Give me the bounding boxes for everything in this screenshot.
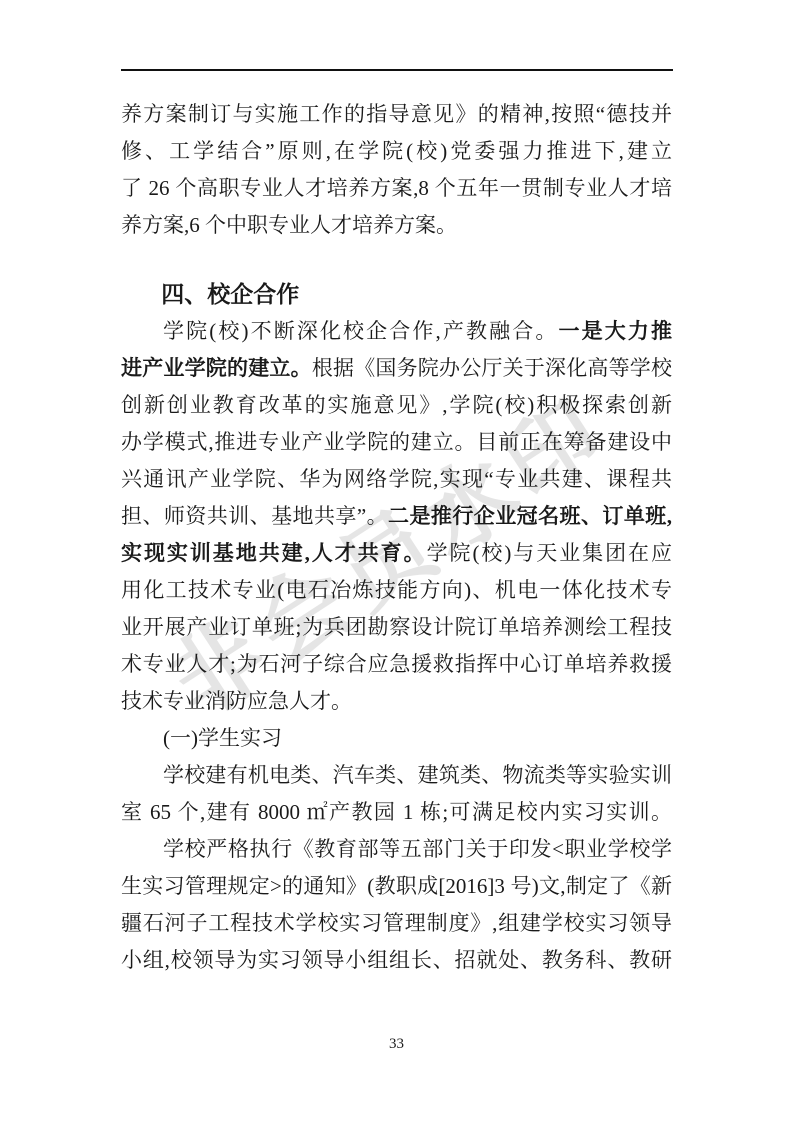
text-line: 养方案,6 个中职专业人才培养方案。 <box>121 207 672 244</box>
text-segment: 室 65 个,建有 8000 ㎡产教园 1 栋;可满足校内实习实训。 <box>121 800 672 824</box>
text-segment: 小组,校领导为实习领导小组组长、招就处、教务科、教研 <box>121 948 672 972</box>
text-line: 学校建有机电类、汽车类、建筑类、物流类等实验实训 <box>121 757 672 794</box>
text-line: 室 65 个,建有 8000 ㎡产教园 1 栋;可满足校内实习实训。 <box>121 794 672 831</box>
document-page: 非会员水印 养方案制订与实施工作的指导意见》的精神,按照“德技并修、工学结合”原… <box>0 0 793 1122</box>
bold-text-segment: 实现实训基地共建,人才共育。 <box>121 541 427 565</box>
text-segment: 创新创业教育改革的实施意见》,学院(校)积极探索创新 <box>121 393 672 417</box>
bold-text-segment: 二是推行企业冠名班、订单班, <box>388 504 672 528</box>
text-segment: 养方案制订与实施工作的指导意见》的精神,按照“德技并 <box>121 102 672 126</box>
text-line: 生实习管理规定>的通知》(教职成[2016]3 号)文,制定了《新 <box>121 868 672 905</box>
text-line: 担、师资共训、基地共享”。二是推行企业冠名班、订单班, <box>121 498 672 535</box>
text-segment: 了 26 个高职专业人才培养方案,8 个五年一贯制专业人才培 <box>121 176 672 200</box>
text-line: 养方案制订与实施工作的指导意见》的精神,按照“德技并 <box>121 96 672 133</box>
subsection-heading: (一)学生实习 <box>121 720 672 757</box>
text-segment: 疆石河子工程技术学校实习管理制度》,组建学校实习领导 <box>121 911 672 935</box>
text-segment: 业开展产业订单班;为兵团勘察设计院订单培养测绘工程技 <box>121 615 672 639</box>
text-segment: 养方案,6 个中职专业人才培养方案。 <box>121 213 457 237</box>
text-segment: 修、工学结合”原则,在学院(校)党委强力推进下,建立 <box>121 139 672 163</box>
text-line: 术专业人才;为石河子综合应急援救指挥中心订单培养救援 <box>121 646 672 683</box>
text-segment: 学院(校)不断深化校企合作,产教融合。 <box>163 319 559 343</box>
bold-text-segment: 进产业学院的建立。 <box>121 356 312 380</box>
text-segment: 担、师资共训、基地共享”。 <box>121 504 388 528</box>
text-line: 学校严格执行《教育部等五部门关于印发<职业学校学 <box>121 831 672 868</box>
text-line: 办学模式,推进专业产业学院的建立。目前正在筹备建设中 <box>121 424 672 461</box>
text-line: 小组,校领导为实习领导小组组长、招就处、教务科、教研 <box>121 942 672 979</box>
text-segment: 学校严格执行《教育部等五部门关于印发<职业学校学 <box>163 837 672 861</box>
bold-text-segment: 一是大力推 <box>559 319 672 343</box>
text-segment: 生实习管理规定>的通知》(教职成[2016]3 号)文,制定了《新 <box>121 874 672 898</box>
text-segment: 用化工技术专业(电石冶炼技能方向)、机电一体化技术专 <box>121 578 672 602</box>
text-segment: (一)学生实习 <box>163 726 282 750</box>
text-line: 进产业学院的建立。根据《国务院办公厅关于深化高等学校 <box>121 350 672 387</box>
text-segment: 根据《国务院办公厅关于深化高等学校 <box>312 356 672 380</box>
text-line: 修、工学结合”原则,在学院(校)党委强力推进下,建立 <box>121 133 672 170</box>
text-line: 学院(校)不断深化校企合作,产教融合。一是大力推 <box>121 313 672 350</box>
text-line: 了 26 个高职专业人才培养方案,8 个五年一贯制专业人才培 <box>121 170 672 207</box>
page-number: 33 <box>0 1036 793 1053</box>
text-line: 技术专业消防应急人才。 <box>121 683 672 720</box>
text-segment: 办学模式,推进专业产业学院的建立。目前正在筹备建设中 <box>121 430 672 454</box>
text-line: 创新创业教育改革的实施意见》,学院(校)积极探索创新 <box>121 387 672 424</box>
text-line: 用化工技术专业(电石冶炼技能方向)、机电一体化技术专 <box>121 572 672 609</box>
text-segment: 技术专业消防应急人才。 <box>121 689 352 713</box>
text-line: 疆石河子工程技术学校实习管理制度》,组建学校实习领导 <box>121 905 672 942</box>
text-segment: 兴通讯产业学院、华为网络学院,实现“专业共建、课程共 <box>121 467 672 491</box>
document-body: 养方案制订与实施工作的指导意见》的精神,按照“德技并修、工学结合”原则,在学院(… <box>121 96 672 979</box>
bold-text-segment: 四、校企合作 <box>161 282 299 307</box>
text-segment: 学校建有机电类、汽车类、建筑类、物流类等实验实训 <box>163 763 672 787</box>
section-heading: 四、校企合作 <box>121 276 672 313</box>
text-segment: 学院(校)与天业集团在应 <box>427 541 672 565</box>
text-line: 业开展产业订单班;为兵团勘察设计院订单培养测绘工程技 <box>121 609 672 646</box>
header-rule <box>121 69 673 71</box>
text-segment: 术专业人才;为石河子综合应急援救指挥中心订单培养救援 <box>121 652 672 676</box>
text-line: 兴通讯产业学院、华为网络学院,实现“专业共建、课程共 <box>121 461 672 498</box>
text-line: 实现实训基地共建,人才共育。学院(校)与天业集团在应 <box>121 535 672 572</box>
